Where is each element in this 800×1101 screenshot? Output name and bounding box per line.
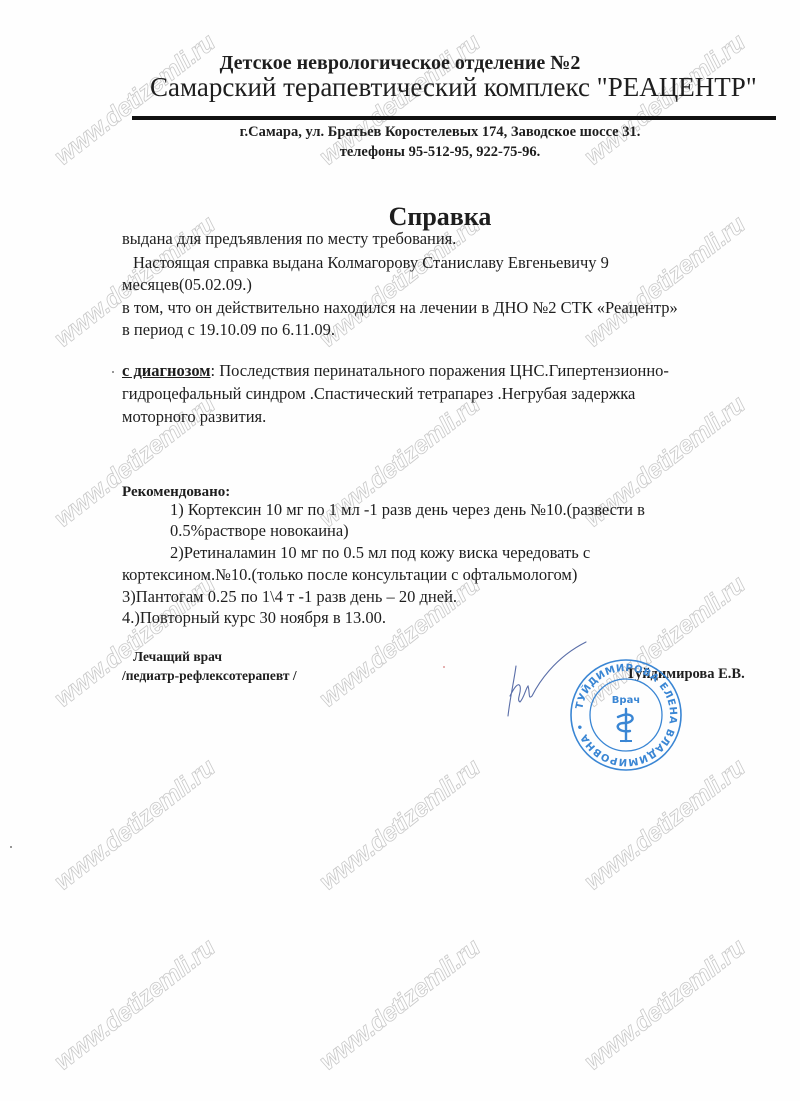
watermark-text: www.detizemli.ru <box>314 753 486 896</box>
diagnosis-line: гидроцефальный синдром .Спастический тет… <box>122 384 635 404</box>
recommendation-line: 1) Кортексин 10 мг по 1 мл -1 разв день … <box>170 500 645 520</box>
document-title: Справка <box>0 202 800 232</box>
recommendations-heading: Рекомендовано: <box>122 484 230 501</box>
recommendation-line: 3)Пантогам 0.25 по 1\4 т -1 разв день – … <box>122 587 457 607</box>
diagnosis-line: моторного развития. <box>122 407 266 427</box>
scan-speck <box>112 371 114 373</box>
intro-line: Настоящая справка выдана Колмагорову Ста… <box>133 253 609 273</box>
recommendation-line: 2)Ретиналамин 10 мг по 0.5 мл под кожу в… <box>170 543 590 563</box>
recommendation-line: 4.)Повторный курс 30 ноября в 13.00. <box>122 608 386 628</box>
diagnosis-label: с диагнозом <box>122 361 211 380</box>
diagnosis-line: с диагнозом: Последствия перинатального … <box>122 361 669 381</box>
organization-heading: Самарский терапевтический комплекс "РЕАЦ… <box>150 72 757 103</box>
doctor-stamp-icon: ТУЙДИМИРОВА ЕЛЕНА ВЛАДИМИРОВНА • Врач <box>568 657 684 773</box>
watermark-text: www.detizemli.ru <box>49 753 221 896</box>
watermark-text: www.detizemli.ru <box>579 933 751 1076</box>
intro-line: в том, что он действительно находился на… <box>122 298 678 318</box>
doctor-role: Лечащий врач <box>133 649 222 665</box>
intro-line: выдана для предъявления по месту требова… <box>122 229 456 249</box>
scan-speck <box>443 666 445 668</box>
address-line: г.Самара, ул. Братьев Коростелевых 174, … <box>0 124 800 141</box>
intro-line: месяцев(05.02.09.) <box>122 275 252 295</box>
phones-line: телефоны 95-512-95, 922-75-96. <box>0 144 800 161</box>
scan-speck <box>10 846 12 848</box>
watermark-text: www.detizemli.ru <box>314 933 486 1076</box>
header-divider <box>132 116 776 120</box>
doctor-specialty: /педиатр-рефлексотерапевт / <box>122 668 297 684</box>
intro-line: в период с 19.10.09 по 6.11.09. <box>122 320 335 340</box>
document-page: www.detizemli.ruwww.detizemli.ruwww.deti… <box>0 0 800 1101</box>
recommendation-line: 0.5%растворе новокаина) <box>170 521 349 541</box>
recommendation-line: кортексином.№10.(только после консультац… <box>122 565 577 585</box>
stamp-center-text: Врач <box>612 695 640 706</box>
watermark-text: www.detizemli.ru <box>579 753 751 896</box>
diagnosis-text: : Последствия перинатального поражения Ц… <box>211 361 669 380</box>
watermark-text: www.detizemli.ru <box>49 933 221 1076</box>
